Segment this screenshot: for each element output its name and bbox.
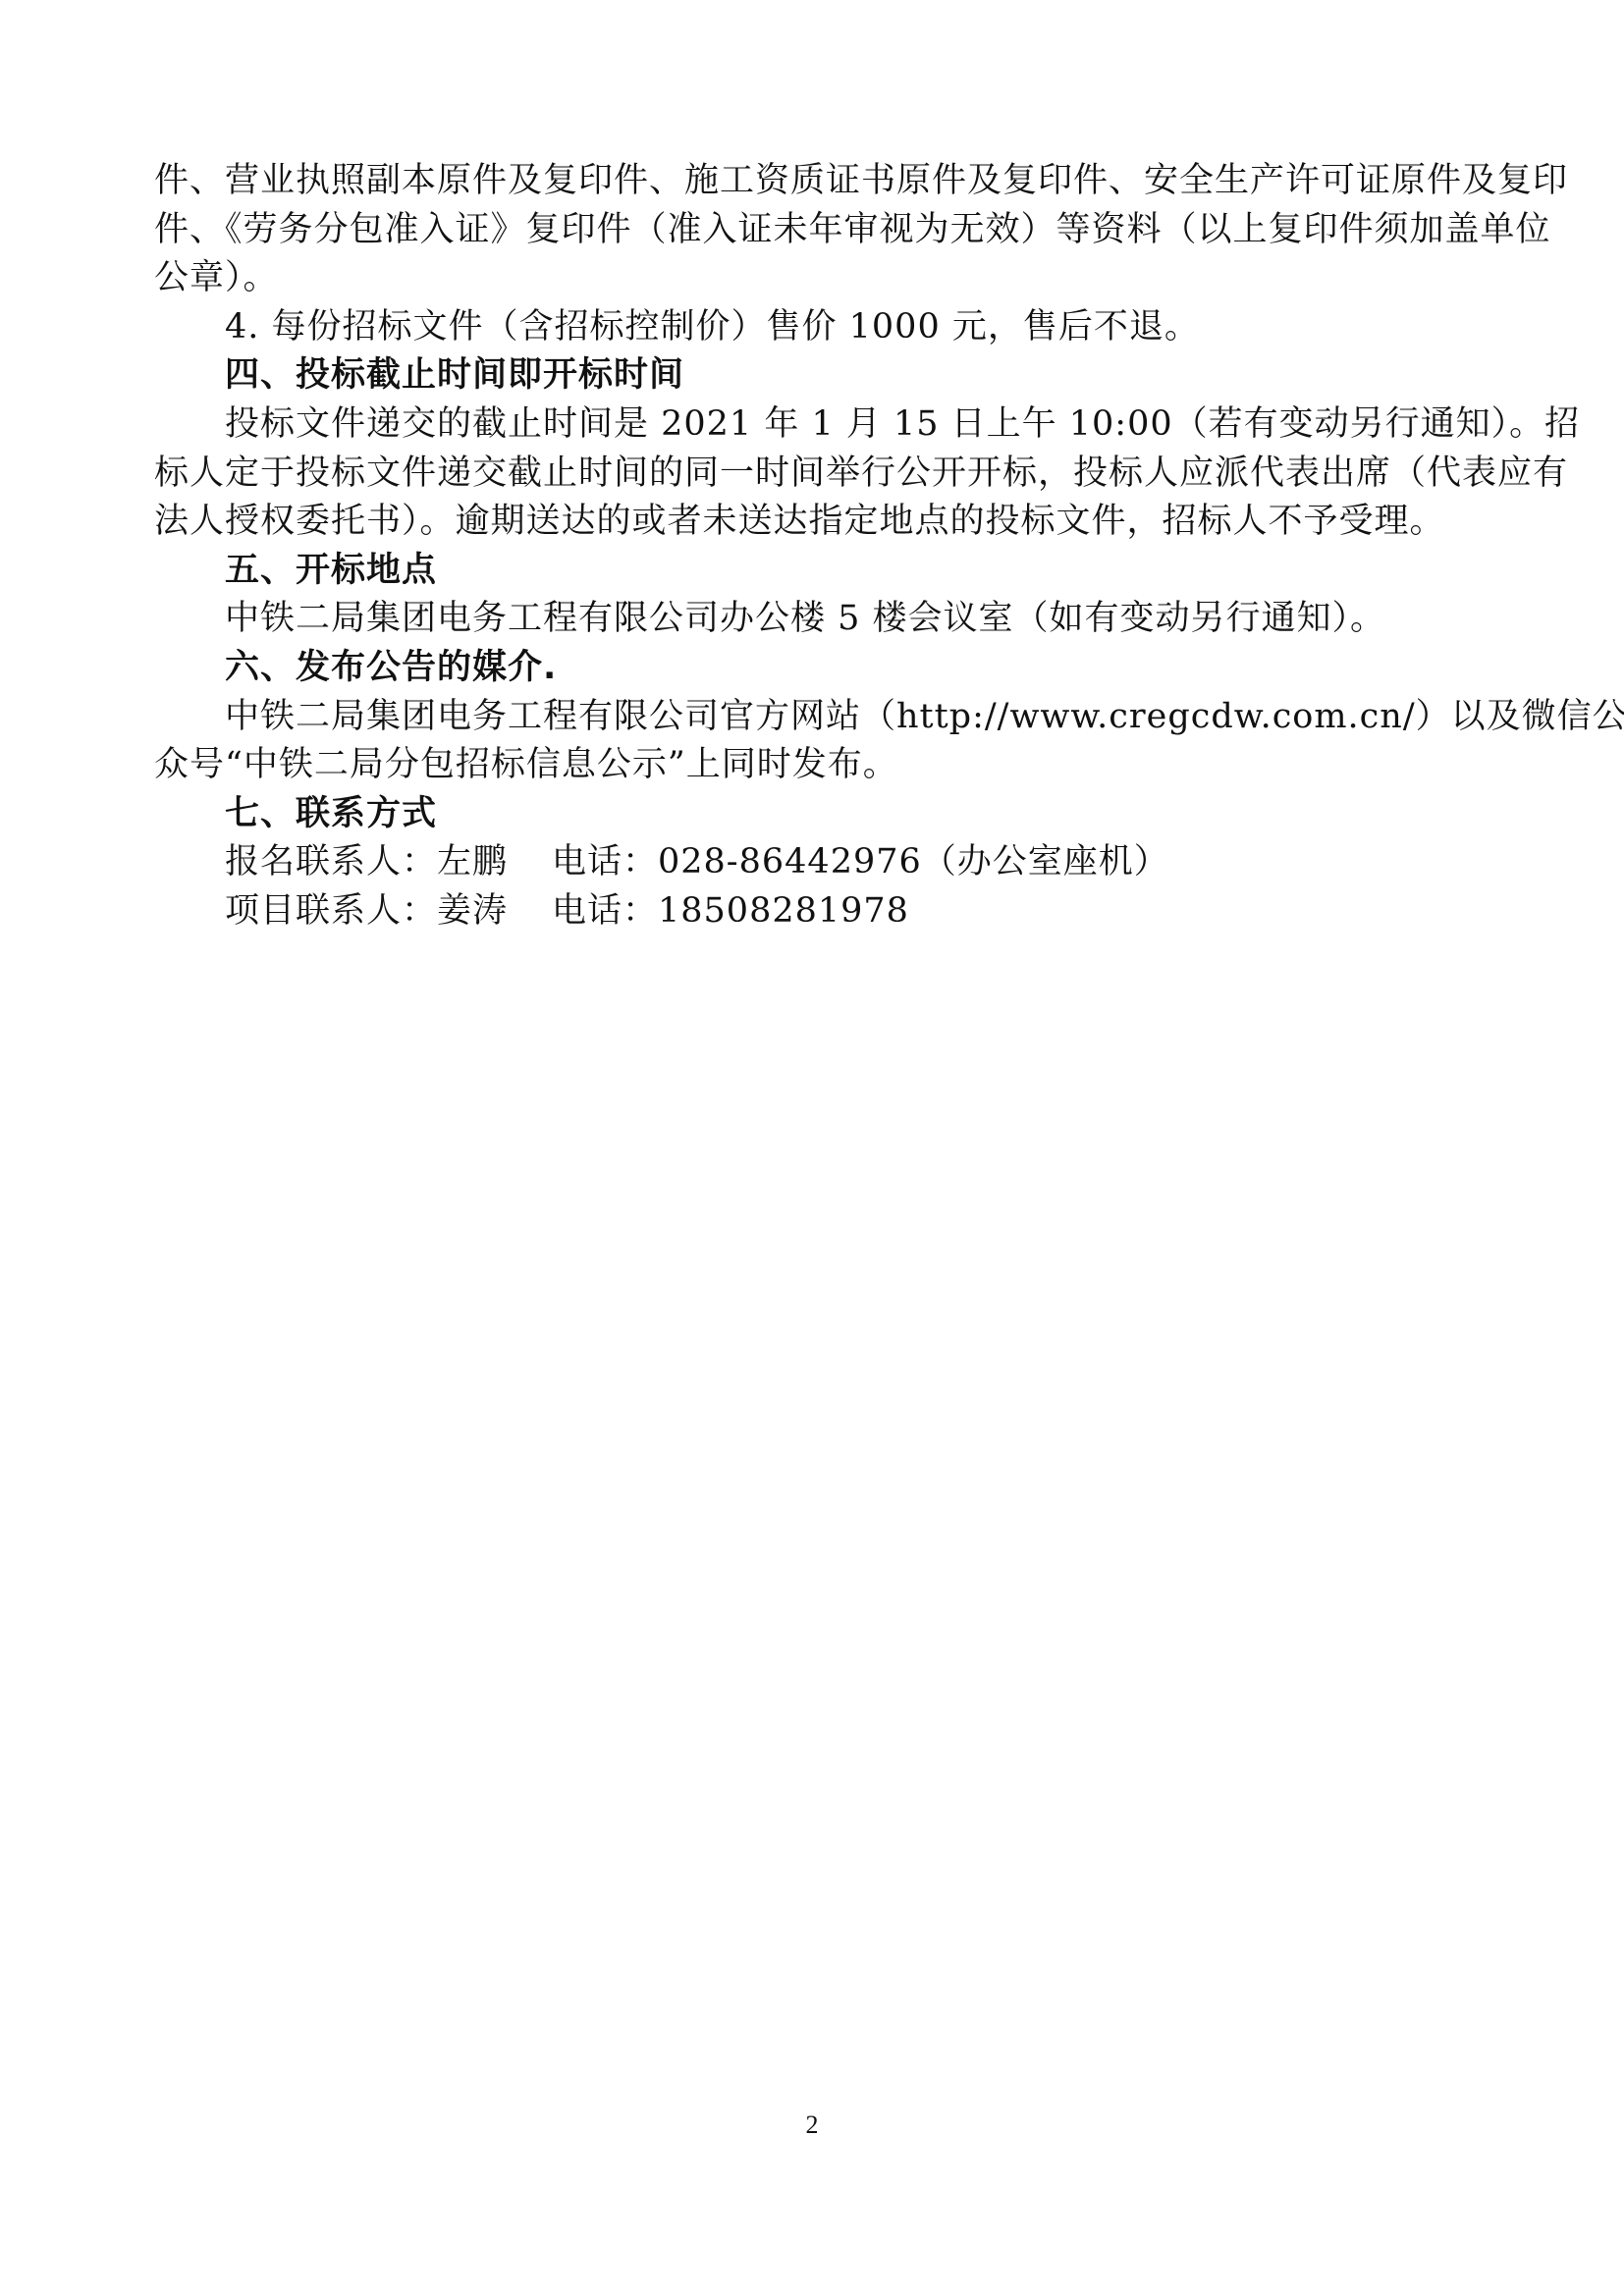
paragraph-line: 公章）。 <box>154 254 1470 303</box>
document-body: 件、营业执照副本原件及复印件、施工资质证书原件及复印件、安全生产许可证原件及复印… <box>154 157 1470 936</box>
section-7-heading: 七、联系方式 <box>154 790 1470 839</box>
section-4-heading: 四、投标截止时间即开标时间 <box>154 351 1470 400</box>
paragraph-line: 件、《劳务分包准入证》复印件（准入证未年审视为无效）等资料（以上复印件须加盖单位 <box>154 206 1470 255</box>
contact-name: 报名联系人：左鹏 <box>225 838 508 887</box>
contact-row-registration: 报名联系人：左鹏 电话：028-86442976（办公室座机） <box>154 838 1470 887</box>
section-6-line: 众号“中铁二局分包招标信息公示”上同时发布。 <box>154 741 1470 790</box>
section-6-line: 中铁二局集团电务工程有限公司官方网站（http://www.cregcdw.co… <box>154 693 1470 742</box>
contact-row-project: 项目联系人：姜涛 电话：18508281978 <box>154 887 1470 936</box>
contact-name: 项目联系人：姜涛 <box>225 887 508 936</box>
section-5-text: 中铁二局集团电务工程有限公司办公楼 5 楼会议室（如有变动另行通知）。 <box>154 595 1470 644</box>
section-4-line: 法人授权委托书）。逾期送达的或者未送达指定地点的投标文件，招标人不予受理。 <box>154 498 1470 547</box>
section-6-heading: 六、发布公告的媒介. <box>154 644 1470 693</box>
section-5-heading: 五、开标地点 <box>154 547 1470 596</box>
contact-phone: 电话：028-86442976（办公室座机） <box>552 838 1169 887</box>
section-4-line: 标人定于投标文件递交截止时间的同一时间举行公开开标，投标人应派代表出席（代表应有 <box>154 450 1470 499</box>
item-4-price: 4. 每份招标文件（含招标控制价）售价 1000 元，售后不退。 <box>154 303 1470 352</box>
paragraph-line: 件、营业执照副本原件及复印件、施工资质证书原件及复印件、安全生产许可证原件及复印 <box>154 157 1470 206</box>
page-number: 2 <box>0 2110 1624 2140</box>
contact-phone: 电话：18508281978 <box>552 887 909 936</box>
document-page: 件、营业执照副本原件及复印件、施工资质证书原件及复印件、安全生产许可证原件及复印… <box>0 0 1624 2296</box>
section-4-line: 投标文件递交的截止时间是 2021 年 1 月 15 日上午 10:00（若有变… <box>154 400 1470 450</box>
